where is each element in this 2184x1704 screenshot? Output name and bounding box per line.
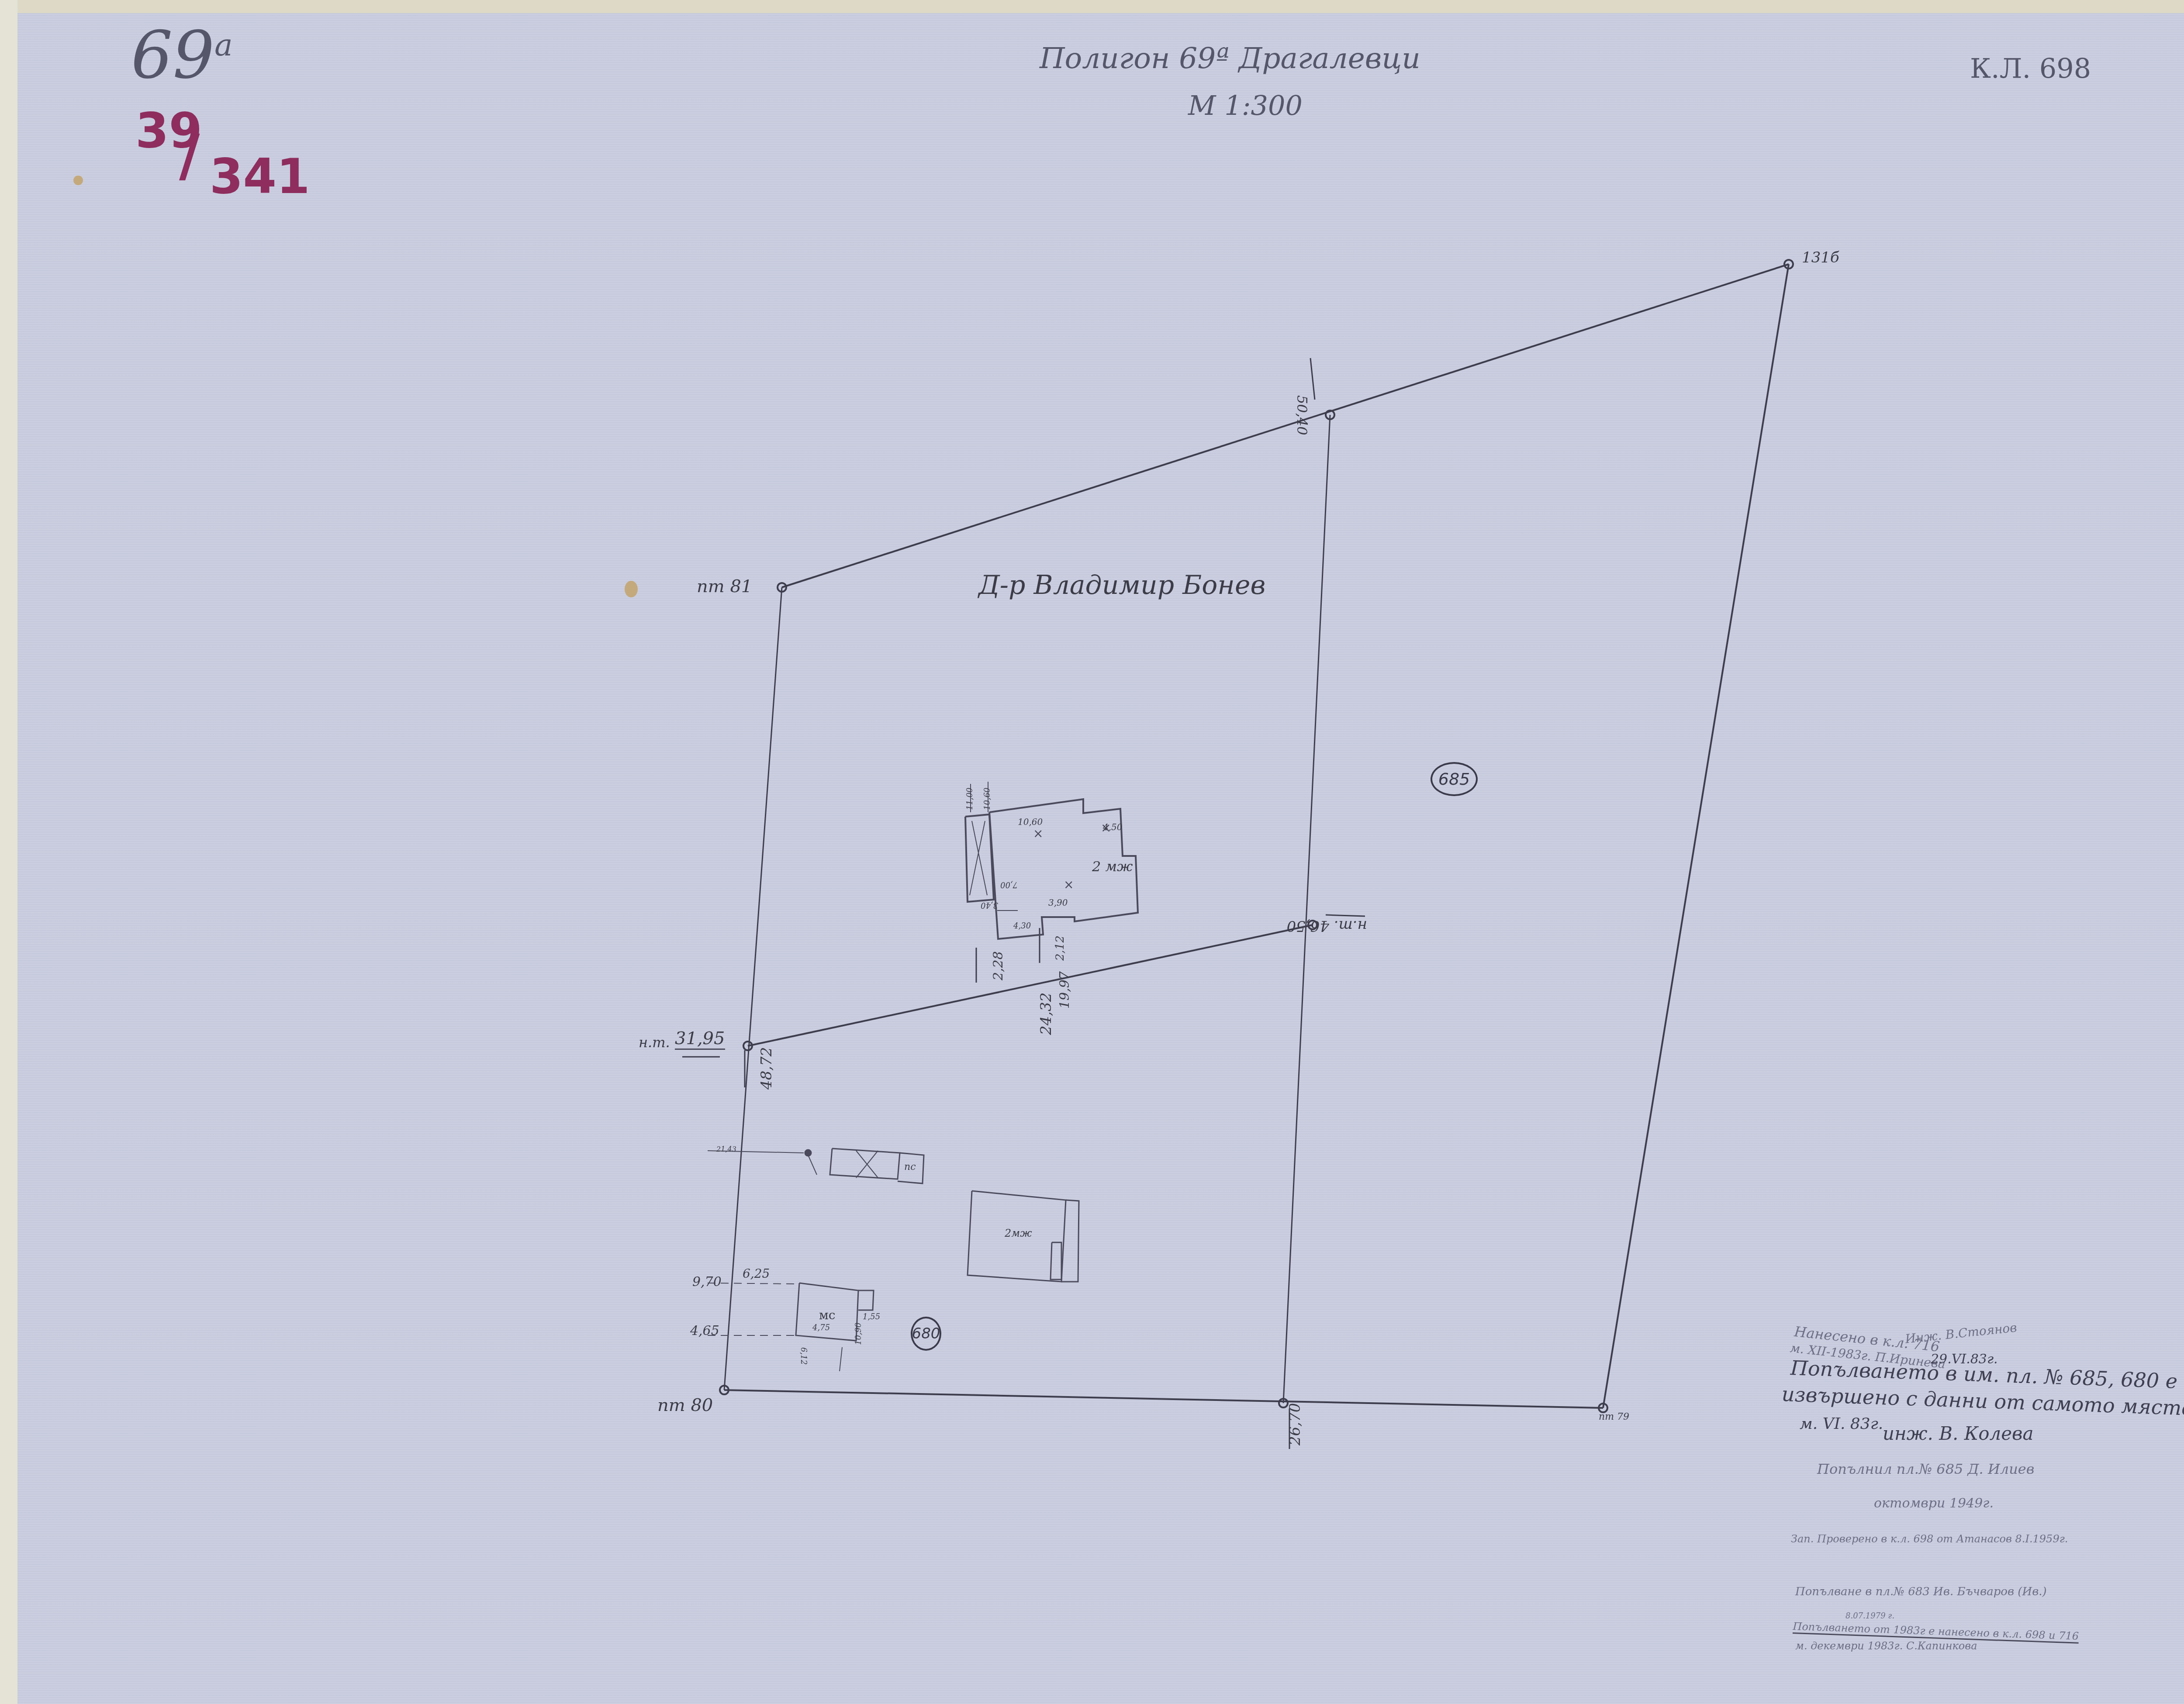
- point-value: 46,50: [1287, 917, 1329, 935]
- point-value-31-95: 31,95: [675, 1028, 725, 1050]
- parcel-680: 680: [911, 1317, 941, 1351]
- note-1983-mapped-date: м. декември 1983г. С.Капинкова: [1795, 1640, 1977, 1652]
- polygon-title: Полигон 69ª Драгалевци: [1040, 41, 1420, 75]
- building-ps-offset: 21,43: [716, 1145, 736, 1153]
- building-main-dim: 3,90: [1048, 897, 1068, 908]
- note-checked-1959: Зап. Проверено в к.л. 698 от Атанасов 8.…: [1791, 1533, 2068, 1545]
- point-46-50-label: н.т. 46,50: [1287, 917, 1367, 935]
- cadastral-plan-drawing: × × ×: [0, 0, 2184, 1704]
- paper-stain: [625, 581, 638, 597]
- building-ms-dim: 4,75: [812, 1323, 830, 1332]
- building-main-offset: 11,00: [965, 787, 975, 810]
- note-supplement-1949-date: октомври 1949г.: [1874, 1496, 1994, 1511]
- building-main-offset: 10,60: [983, 787, 992, 810]
- building-ms-offset: 6,25: [743, 1266, 770, 1281]
- building-main-dim: 10,60: [1018, 817, 1043, 827]
- point-label-pt79: пт 79: [1599, 1411, 1629, 1422]
- internal-divider-diagonal: [748, 925, 1313, 1046]
- building-ms-dim: 6,12: [799, 1347, 808, 1365]
- building-main-label: 2 мж: [1092, 858, 1133, 875]
- measure-2-12: 2,12: [1054, 935, 1067, 961]
- building-ms-offset: 4,65: [690, 1323, 719, 1338]
- building-ms-dim: 10,90: [854, 1322, 863, 1345]
- sheet-number-value: 69: [131, 17, 214, 93]
- archive-ref-bottom: 341: [210, 148, 310, 204]
- building-main-dim: 3,40: [981, 900, 998, 910]
- boundary-north: [782, 264, 1789, 587]
- archive-ref-slash: /: [179, 122, 200, 189]
- point-label: н.т.: [1334, 917, 1367, 935]
- internal-divider-vertical: [1283, 415, 1330, 1403]
- building-ms-dim: 1,55: [863, 1312, 880, 1321]
- building-ms-label: мс: [819, 1308, 835, 1322]
- cadastral-sheet-ref: К.Л. 698: [1970, 52, 2091, 84]
- building-main-dim: 7,00: [1000, 880, 1018, 889]
- svg-text:×: ×: [1064, 877, 1074, 892]
- note-main-date: м. VI. 83г.: [1800, 1415, 1883, 1433]
- building-main-dim: 4,30: [1013, 921, 1031, 931]
- sheet-number: 69а: [131, 17, 233, 93]
- measure-26-70: 26,70: [1286, 1403, 1304, 1445]
- measure-24-32: 24,32: [1037, 993, 1055, 1035]
- note-main-author: инж. В. Колева: [1883, 1423, 2034, 1444]
- building-ps-label: пс: [904, 1162, 916, 1173]
- measure-2-28: 2,28: [991, 951, 1006, 980]
- scale-label: М 1:300: [1188, 90, 1303, 121]
- measure-19-97: 19,97: [1057, 971, 1072, 1009]
- building-lower-label: 2мж: [1005, 1227, 1032, 1239]
- measure-50-40: 50,40: [1294, 395, 1310, 435]
- sheet-number-suffix: а: [214, 27, 233, 63]
- building-ms: [708, 1283, 874, 1371]
- boundary-south: [724, 1390, 1603, 1408]
- note-supplement-1979-date: 8.07.1979 г.: [1845, 1611, 1894, 1621]
- owner-label: Д-р Владимир Бонев: [978, 570, 1265, 600]
- point-label-nt: н.т.: [639, 1034, 670, 1051]
- point-label-pt81: пт 81: [697, 576, 752, 597]
- building-main-dim: 4,50: [1103, 822, 1123, 832]
- boundary-east: [1603, 264, 1789, 1408]
- point-label-131b: 131б: [1802, 249, 1839, 266]
- parcel-number: 685: [1438, 769, 1470, 789]
- parcel-number: 680: [912, 1325, 940, 1342]
- note-supplement-1949: Попълнил пл.№ 685 Д. Илиев: [1817, 1461, 2034, 1477]
- svg-text:×: ×: [1033, 826, 1043, 841]
- building-ms-offset: 9,70: [692, 1274, 722, 1290]
- measure-48-72: 48,72: [758, 1047, 775, 1090]
- note-supplement-1979: Попълване в пл.№ 683 Ив. Бъчваров (Ив.): [1795, 1585, 2047, 1598]
- paper-stain: [73, 176, 83, 185]
- parcel-685: 685: [1431, 762, 1478, 796]
- point-label-pt80: пт 80: [657, 1395, 713, 1415]
